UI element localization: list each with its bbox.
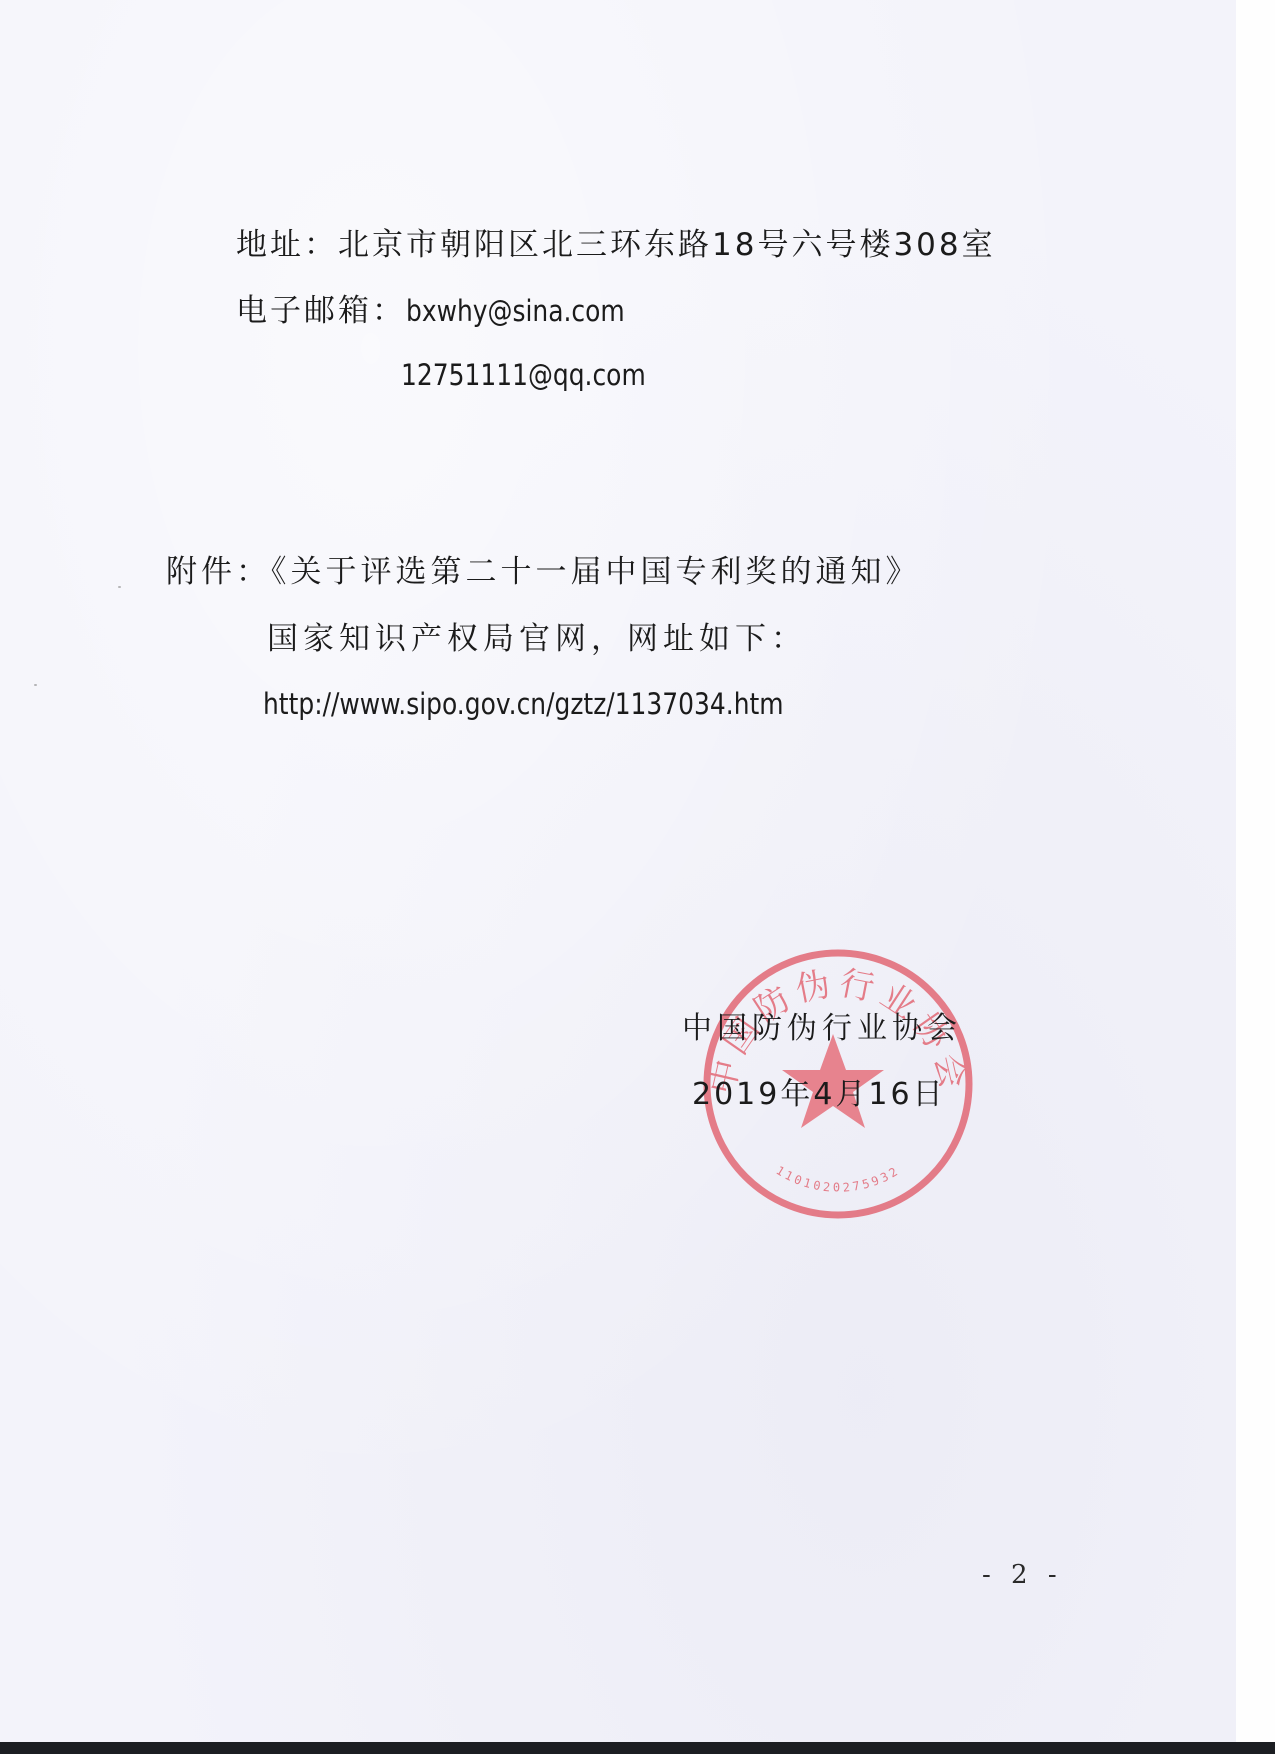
email-secondary: 12751111@qq.com: [401, 356, 646, 394]
scan-speck: [34, 684, 37, 686]
seal-serial: 1101020275932: [774, 1163, 903, 1195]
attachment-url: http://www.sipo.gov.cn/gztz/1137034.htm: [263, 685, 784, 723]
attachment-title: 《关于评选第二十一届中国专利奖的通知》: [271, 554, 921, 590]
document-page: 地址：北京市朝阳区北三环东路18号六号楼308室 电子邮箱：bxwhy@sina…: [0, 0, 1236, 1742]
email-label: 电子邮箱：: [236, 293, 406, 329]
scan-speck: [118, 586, 121, 588]
attachment-label: 附件：: [166, 554, 271, 590]
email-line: 电子邮箱：bxwhy@sina.com: [236, 292, 660, 330]
email-primary: bxwhy@sina.com: [406, 292, 625, 330]
address-label: 地址：: [236, 227, 338, 263]
page-number: - 2 -: [982, 1560, 1063, 1590]
signature-organization: 中国防伪行业协会: [682, 1010, 962, 1048]
address-line: 地址：北京市朝阳区北三环东路18号六号楼308室: [236, 226, 996, 264]
address-value: 北京市朝阳区北三环东路18号六号楼308室: [338, 227, 996, 263]
attachment-site-note: 国家知识产权局官网，网址如下：: [267, 620, 807, 658]
scan-bottom-edge: [0, 1742, 1275, 1754]
signature-date: 2019年4月16日: [692, 1076, 946, 1114]
attachment-line: 附件：《关于评选第二十一届中国专利奖的通知》: [166, 553, 921, 591]
